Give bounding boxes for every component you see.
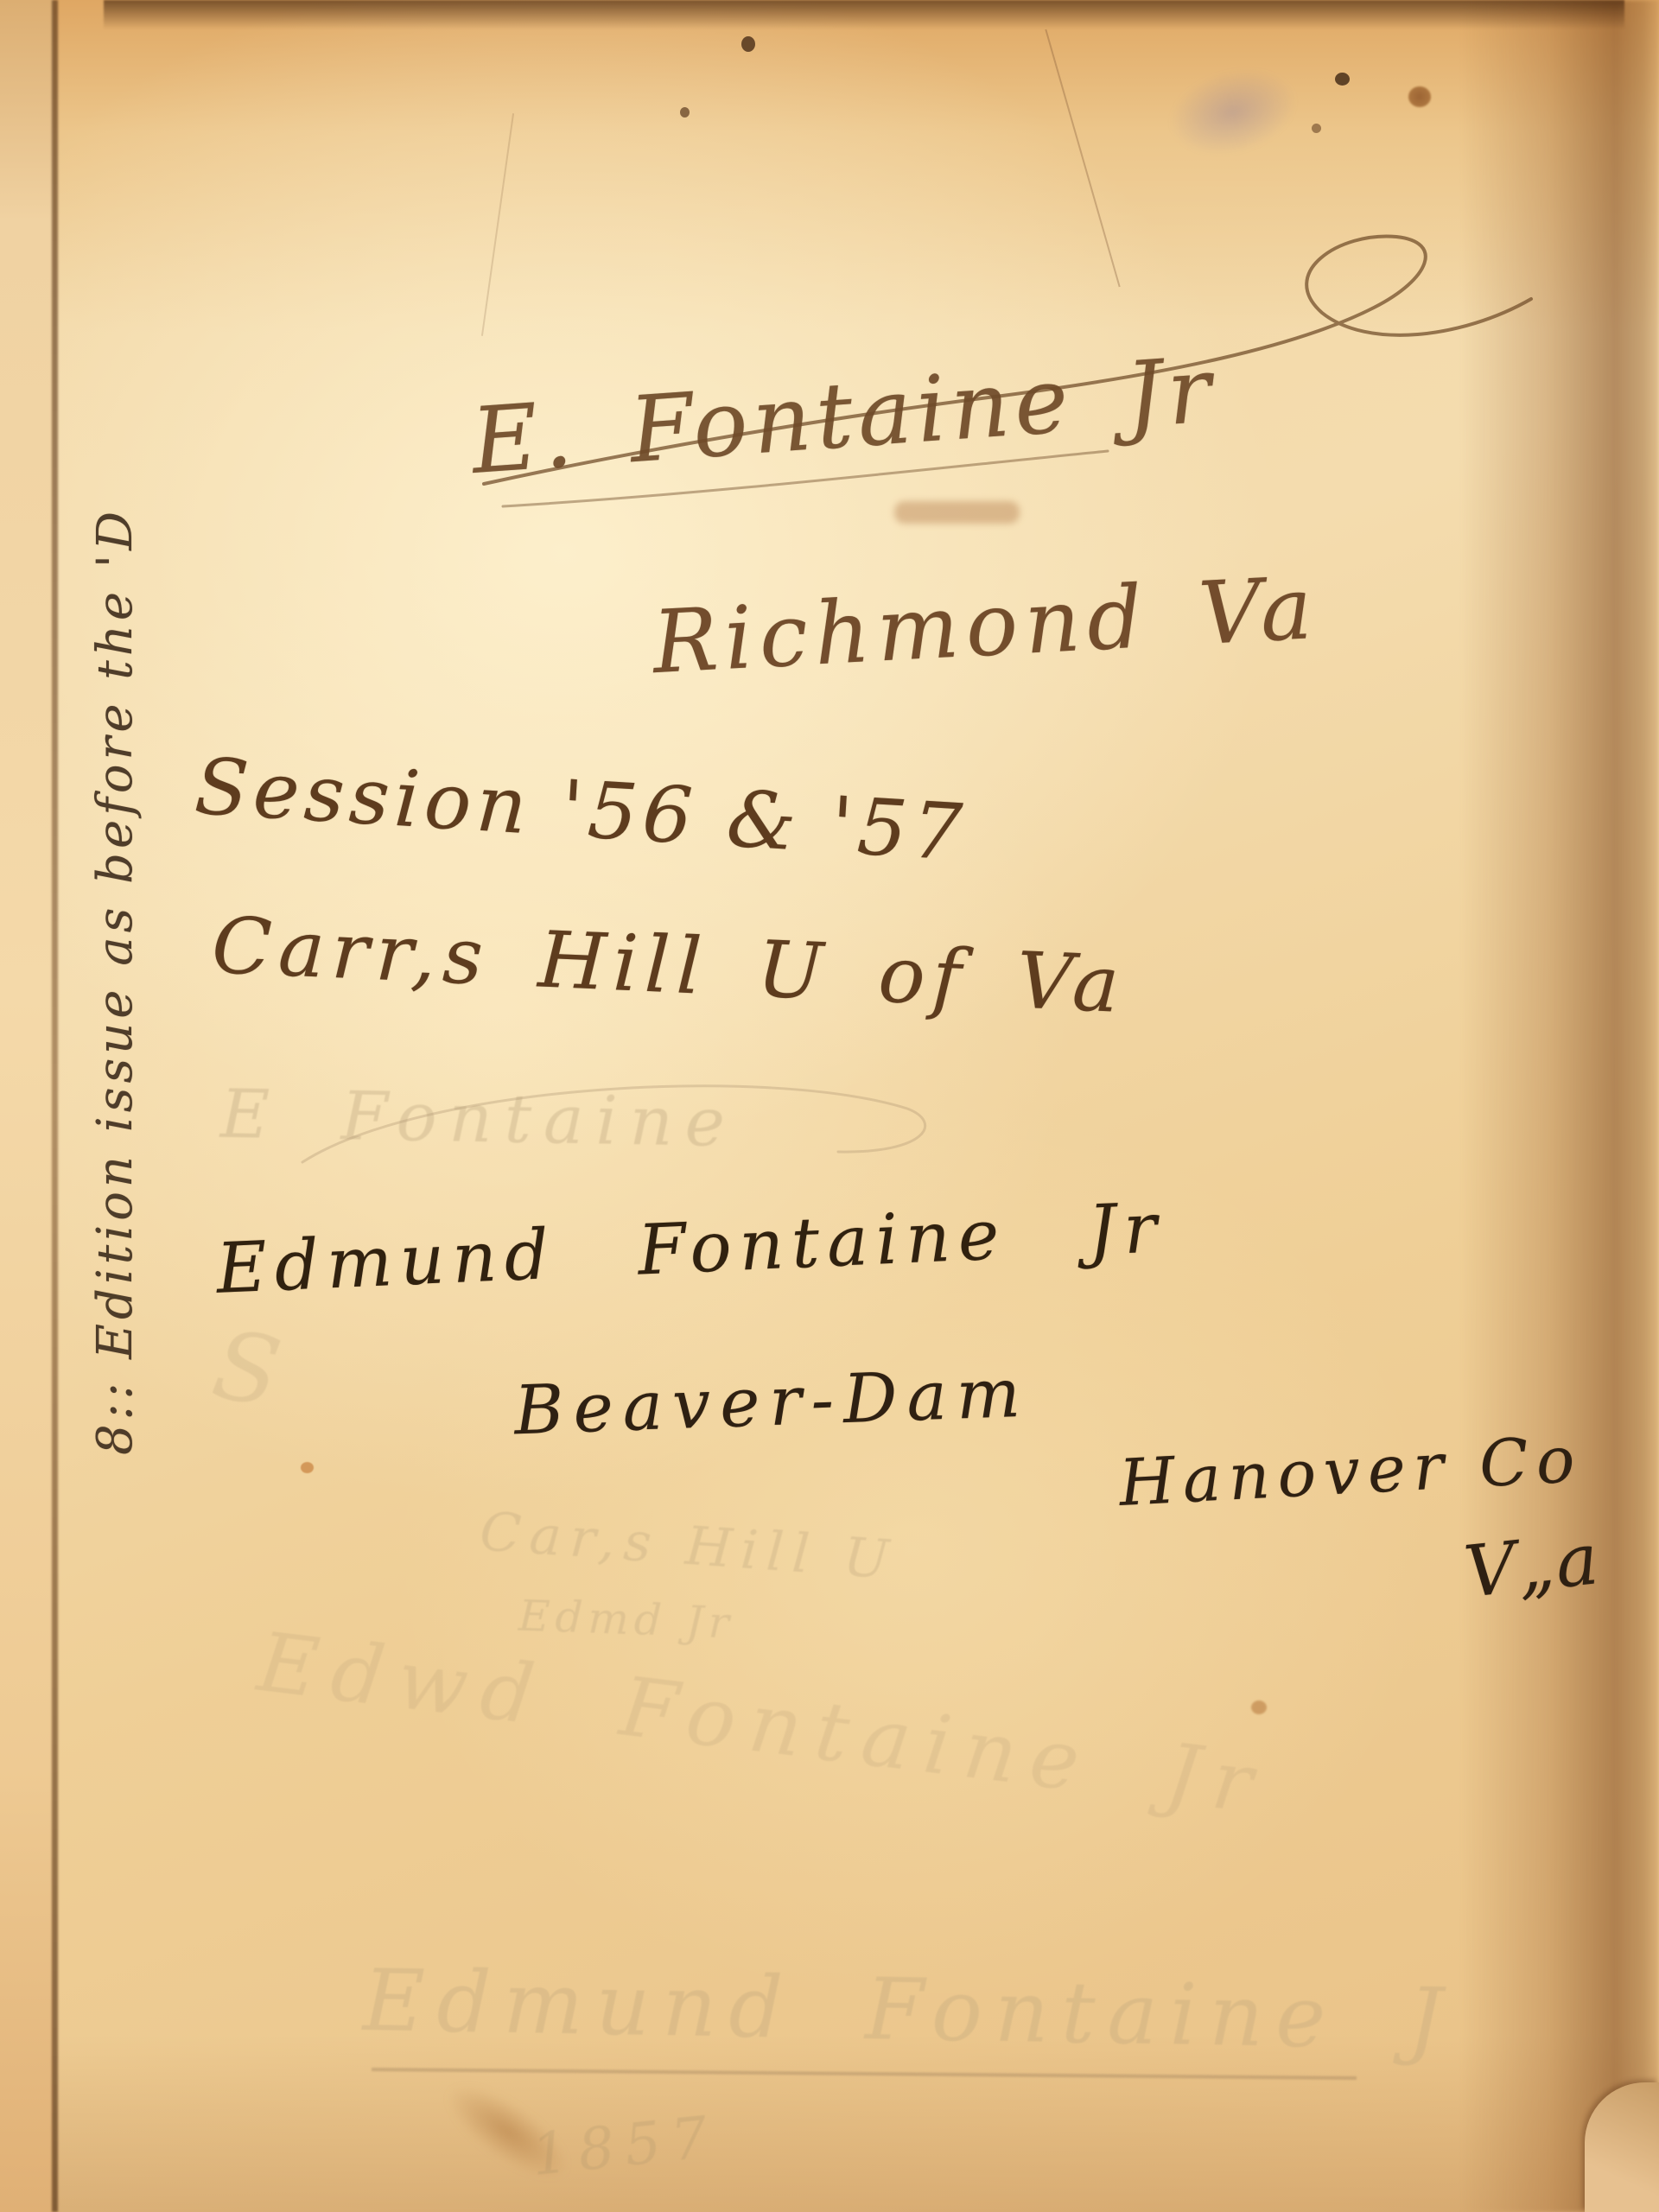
book-flyleaf-photo: 8:: Edition issue as before the 'D E. Fo… [0, 0, 1659, 2212]
ghost-name-bottom: Edmund Fontaine J [362, 1952, 1455, 2069]
ink-speck [1312, 124, 1321, 133]
ink-speck [741, 36, 755, 52]
ghost-signature-mid: E Fontaine [219, 1076, 737, 1162]
ink-speck [1335, 73, 1350, 86]
foxing-spot [1408, 86, 1431, 107]
ink-stain [894, 501, 1020, 524]
foxing-spot [301, 1462, 314, 1473]
ghost-name-small: Edmd Jr [518, 1591, 735, 1649]
va-line: V„a [1460, 1518, 1604, 1614]
page-top-shadow-edge [104, 0, 1624, 29]
previous-page-edge [0, 0, 54, 2212]
vertical-margin-note: 8:: Edition issue as before the 'D [50, 38, 180, 1455]
foxing-spot [1251, 1700, 1267, 1714]
ink-speck [680, 107, 690, 118]
